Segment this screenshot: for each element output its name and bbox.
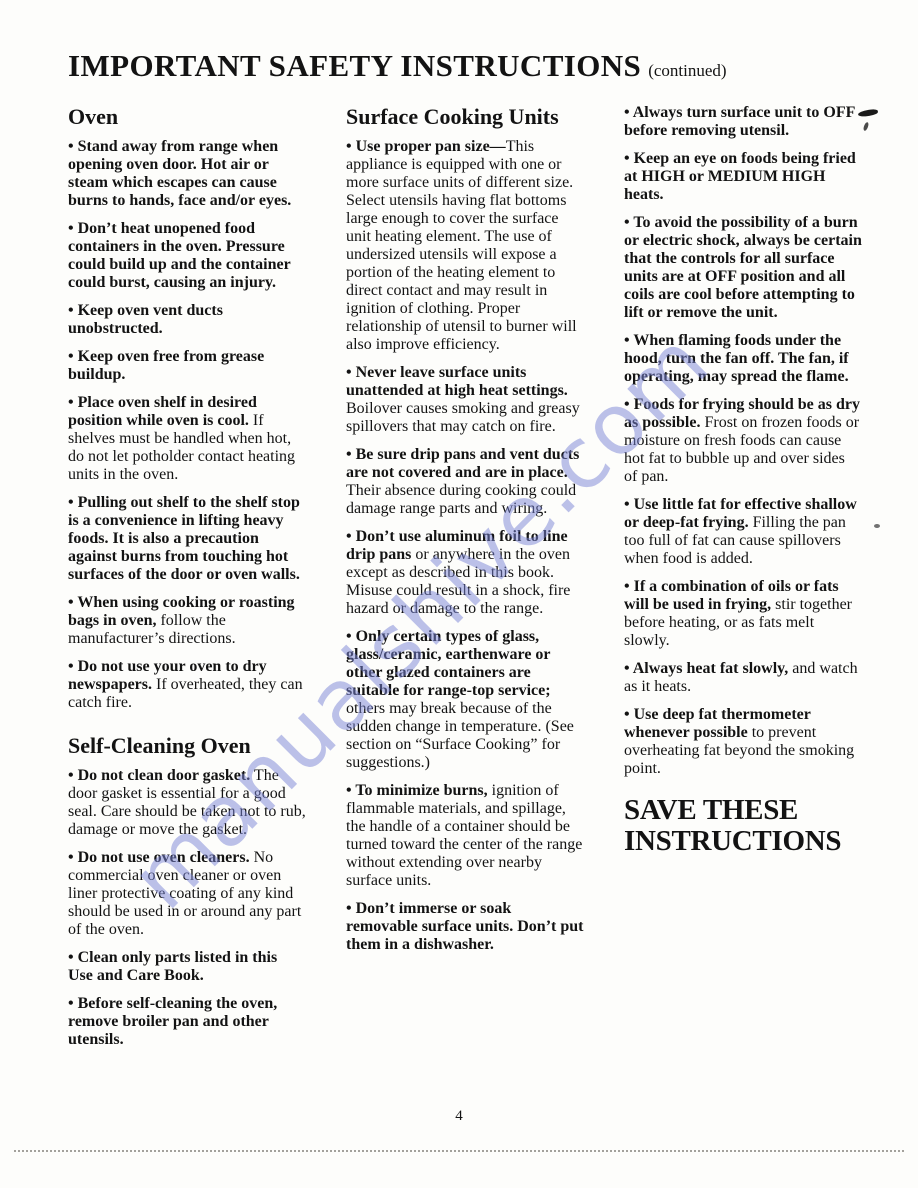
bullet-regular-text: This appliance is equipped with one or m… — [346, 138, 577, 353]
bullet-bold-text: • Stand away from range when opening ove… — [68, 138, 291, 209]
bullet-item: • Stand away from range when opening ove… — [68, 138, 306, 210]
save-these-instructions-heading: SAVE THESE INSTRUCTIONS — [624, 795, 862, 857]
bullet-regular-text: Their absence during cooking could damag… — [346, 482, 576, 517]
bullet-bold-text: • Never leave surface units unattended a… — [346, 364, 568, 399]
scan-bottom-edge-line — [14, 1150, 904, 1152]
bullet-bold-text: • Before self-cleaning the oven, remove … — [68, 995, 277, 1048]
bullet-bold-text: • Keep oven vent ducts unobstructed. — [68, 302, 223, 337]
column-1: Oven• Stand away from range when opening… — [68, 104, 306, 1059]
bullet-bold-text: • Pulling out shelf to the shelf stop is… — [68, 494, 300, 583]
bullet-item: • Use proper pan size—This appliance is … — [346, 138, 584, 354]
bullet-item: • Never leave surface units unattended a… — [346, 364, 584, 436]
scan-artifact-speck — [863, 122, 870, 132]
page-number: 4 — [0, 1108, 918, 1125]
bullet-item: • Do not clean door gasket. The door gas… — [68, 767, 306, 839]
bullet-bold-text: • Do not clean door gasket. — [68, 767, 250, 784]
bullet-item: • Clean only parts listed in this Use an… — [68, 949, 306, 985]
bullet-item: • Don’t heat unopened food containers in… — [68, 220, 306, 292]
bullet-item: • Before self-cleaning the oven, remove … — [68, 995, 306, 1049]
section-heading: Surface Cooking Units — [346, 104, 584, 129]
bullet-item: • Always turn surface unit to OFF before… — [624, 104, 862, 140]
bullet-bold-text: • To avoid the possibility of a burn or … — [624, 214, 862, 321]
scan-artifact-speck — [874, 524, 880, 528]
page-header: IMPORTANT SAFETY INSTRUCTIONS(continued) — [68, 48, 727, 84]
bullet-item: • Use deep fat thermometer whenever poss… — [624, 706, 862, 778]
bullet-bold-text: • Only certain types of glass, glass/cer… — [346, 628, 551, 699]
bullet-bold-text: • Don’t heat unopened food containers in… — [68, 220, 290, 291]
bullet-item: • Pulling out shelf to the shelf stop is… — [68, 494, 306, 584]
bullet-bold-text: • Always turn surface unit to OFF before… — [624, 104, 855, 139]
bullet-bold-text: • Do not use oven cleaners. — [68, 849, 250, 866]
bullet-item: • Use little fat for effective shallow o… — [624, 496, 862, 568]
bullet-bold-text: • Keep an eye on foods being fried at HI… — [624, 150, 856, 203]
bullet-bold-text: • Clean only parts listed in this Use an… — [68, 949, 277, 984]
bullet-bold-text: • Always heat fat slowly, — [624, 660, 788, 677]
bullet-item: • Be sure drip pans and vent ducts are n… — [346, 446, 584, 518]
bullet-item: • Place oven shelf in desired position w… — [68, 394, 306, 484]
column-3: • Always turn surface unit to OFF before… — [624, 104, 862, 857]
bullet-item: • Only certain types of glass, glass/cer… — [346, 628, 584, 772]
bullet-item: • Do not use your oven to dry newspapers… — [68, 658, 306, 712]
bullet-item: • If a combination of oils or fats will … — [624, 578, 862, 650]
page-title: IMPORTANT SAFETY INSTRUCTIONS — [68, 48, 641, 83]
bullet-item: • Don’t immerse or soak removable surfac… — [346, 900, 584, 954]
bullet-bold-text: • Don’t immerse or soak removable surfac… — [346, 900, 583, 953]
section-heading: Self-Cleaning Oven — [68, 733, 306, 758]
bullet-item: • Keep oven free from grease buildup. — [68, 348, 306, 384]
bullet-bold-text: • Keep oven free from grease buildup. — [68, 348, 264, 383]
bullet-bold-text: • Be sure drip pans and vent ducts are n… — [346, 446, 579, 481]
bullet-bold-text: • To minimize burns, — [346, 782, 488, 799]
bullet-item: • Do not use oven cleaners. No commercia… — [68, 849, 306, 939]
bullet-regular-text: others may break because of the sudden c… — [346, 700, 574, 771]
bullet-item: • Don’t use aluminum foil to line drip p… — [346, 528, 584, 618]
bullet-item: • Keep an eye on foods being fried at HI… — [624, 150, 862, 204]
bullet-bold-text: • Use proper pan size— — [346, 138, 506, 155]
bullet-item: • Foods for frying should be as dry as p… — [624, 396, 862, 486]
bullet-item: • When flaming foods under the hood, tur… — [624, 332, 862, 386]
bullet-bold-text: • Place oven shelf in desired position w… — [68, 394, 257, 429]
page-title-suffix: (continued) — [648, 61, 726, 80]
bullet-item: • Keep oven vent ducts unobstructed. — [68, 302, 306, 338]
bullet-bold-text: • When flaming foods under the hood, tur… — [624, 332, 849, 385]
section-heading: Oven — [68, 104, 306, 129]
bullet-item: • When using cooking or roasting bags in… — [68, 594, 306, 648]
bullet-item: • To minimize burns, ignition of flammab… — [346, 782, 584, 890]
columns: Oven• Stand away from range when opening… — [68, 104, 862, 1059]
column-2: Surface Cooking Units• Use proper pan si… — [346, 104, 584, 964]
bullet-item: • To avoid the possibility of a burn or … — [624, 214, 862, 322]
bullet-item: • Always heat fat slowly, and watch as i… — [624, 660, 862, 696]
bullet-regular-text: Boilover causes smoking and greasy spill… — [346, 400, 580, 435]
